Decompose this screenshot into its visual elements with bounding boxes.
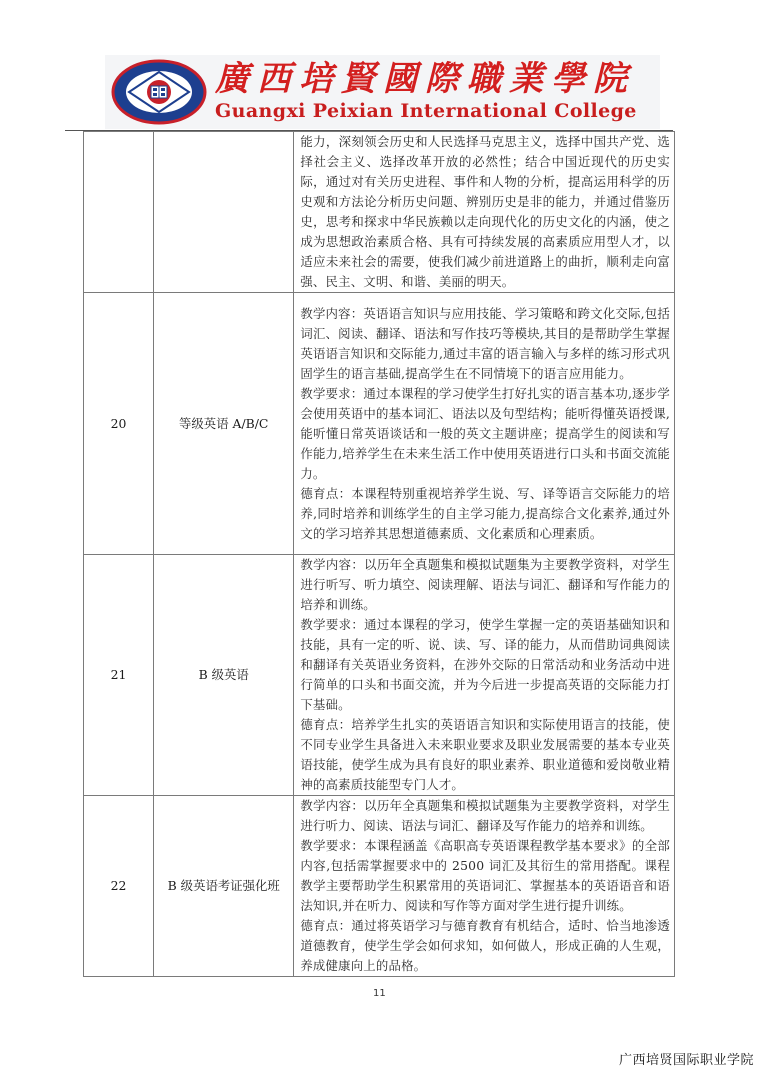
course-description: 教学内容：以历年全真题集和模拟试题集为主要教学资料，对学生进行听力、阅读、语法与… (294, 796, 675, 977)
course-description: 能力，深刻领会历史和人民选择马克思主义，选择中国共产党、选择社会主义、选择改革开… (294, 132, 675, 293)
teaching-content: 教学内容：以历年全真题集和模拟试题集为主要教学资料，对学生进行听写、听力填空、阅… (300, 555, 670, 615)
teaching-requirements: 教学要求：通过本课程的学习，使学生掌握一定的英语基础知识和技能，具有一定的听、说… (300, 615, 670, 715)
moral-education-point: 德育点：通过将英语学习与德育教育有机结合，适时、恰当地渗透道德教育，使学生学会如… (300, 916, 670, 976)
college-emblem-icon (111, 59, 207, 125)
course-number: 22 (84, 796, 154, 977)
page-number: 11 (373, 988, 386, 999)
course-name (154, 132, 294, 293)
teaching-content: 教学内容：英语语言知识与应用技能、学习策略和跨文化交际,包括词汇、阅读、翻译、语… (300, 304, 670, 384)
course-description: 教学内容：英语语言知识与应用技能、学习策略和跨文化交际,包括词汇、阅读、翻译、语… (294, 293, 675, 555)
table-row: 21 B 级英语 教学内容：以历年全真题集和模拟试题集为主要教学资料，对学生进行… (84, 555, 675, 796)
table-row: 能力，深刻领会历史和人民选择马克思主义，选择中国共产党、选择社会主义、选择改革开… (84, 132, 675, 293)
moral-education-point: 德育点：本课程特别重视培养学生说、写、译等语言交际能力的培养,同时培养和训练学生… (300, 484, 670, 544)
course-number (84, 132, 154, 293)
course-number: 20 (84, 293, 154, 555)
teaching-requirements: 教学要求：通过本课程的学习使学生打好扎实的语言基本功,逐步学会使用英语中的基本词… (300, 384, 670, 484)
college-header-banner: 廣西培賢國際職業學院 Guangxi Peixian International… (105, 55, 660, 129)
course-number: 21 (84, 555, 154, 796)
teaching-content: 教学内容：以历年全真题集和模拟试题集为主要教学资料，对学生进行听力、阅读、语法与… (300, 796, 670, 836)
course-name: B 级英语考证强化班 (154, 796, 294, 977)
course-table: 能力，深刻领会历史和人民选择马克思主义，选择中国共产党、选择社会主义、选择改革开… (83, 131, 675, 977)
course-name: B 级英语 (154, 555, 294, 796)
footer-college-name: 广西培贤国际职业学院 (619, 1049, 754, 1068)
description-paragraph: 能力，深刻领会历史和人民选择马克思主义，选择中国共产党、选择社会主义、选择改革开… (300, 132, 670, 292)
course-name: 等级英语 A/B/C (154, 293, 294, 555)
table-row: 22 B 级英语考证强化班 教学内容：以历年全真题集和模拟试题集为主要教学资料，… (84, 796, 675, 977)
course-description: 教学内容：以历年全真题集和模拟试题集为主要教学资料，对学生进行听写、听力填空、阅… (294, 555, 675, 796)
teaching-requirements: 教学要求：本课程涵盖《高职高专英语课程教学基本要求》的全部内容,包括需掌握要求中… (300, 836, 670, 916)
moral-education-point: 德育点：培养学生扎实的英语语言知识和实际使用语言的技能，使不同专业学生具备进入未… (300, 715, 670, 795)
college-name-english: Guangxi Peixian International College (215, 99, 637, 123)
table-row: 20 等级英语 A/B/C 教学内容：英语语言知识与应用技能、学习策略和跨文化交… (84, 293, 675, 555)
college-name-chinese: 廣西培賢國際職業學院 (215, 59, 655, 99)
